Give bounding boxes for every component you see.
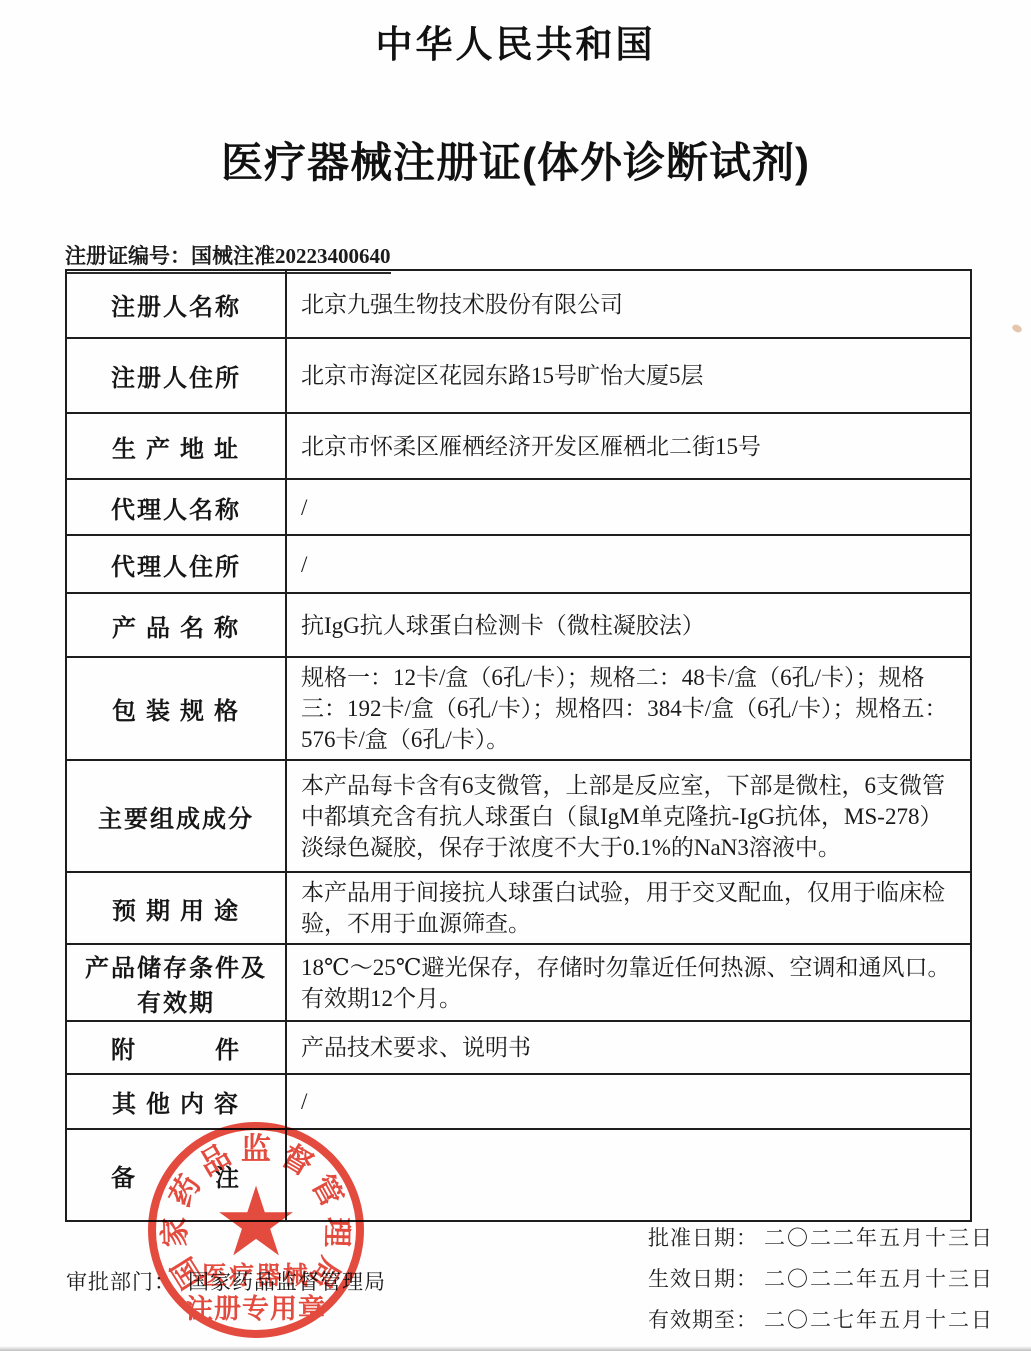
row-label: 代理人住所 bbox=[66, 535, 286, 593]
row-label: 预 期 用 途 bbox=[66, 872, 286, 944]
row-value: / bbox=[286, 479, 971, 535]
row-label: 主要组成成分 bbox=[66, 760, 286, 872]
table-row: 代理人住所/ bbox=[66, 535, 971, 593]
seal-arc-char: 家 bbox=[161, 1217, 192, 1248]
table-row: 产品储存条件及有效期18℃～25℃避光保存，存储时勿靠近任何热源、空调和通风口。… bbox=[66, 944, 971, 1021]
table-row: 主要组成成分本产品每卡含有6支微管，上部是反应室，下部是微柱，6支微管中都填充含… bbox=[66, 760, 971, 872]
registration-number-value: 国械注准20223400640 bbox=[191, 244, 391, 268]
row-label: 其 他 内 容 bbox=[66, 1074, 286, 1129]
row-label: 注册人住所 bbox=[66, 338, 286, 413]
table-row: 注册人名称北京九强生物技术股份有限公司 bbox=[66, 270, 971, 338]
row-value: 本产品每卡含有6支微管，上部是反应室，下部是微柱，6支微管中都填充含有抗人球蛋白… bbox=[286, 760, 971, 872]
table-row: 代理人名称/ bbox=[66, 479, 971, 535]
seal-arc-char: 理 bbox=[321, 1217, 352, 1248]
row-value: 北京市怀柔区雁栖经济开发区雁栖北二街15号 bbox=[286, 413, 971, 479]
row-value: 北京市海淀区花园东路15号旷怡大厦5层 bbox=[286, 338, 971, 413]
scan-artifact-dot bbox=[1011, 323, 1023, 334]
country-title: 中华人民共和国 bbox=[0, 14, 1031, 68]
registration-number-label: 注册证编号： bbox=[65, 244, 191, 268]
effective-date-value: 二〇二二年五月十三日 bbox=[764, 1267, 994, 1291]
row-value bbox=[286, 1129, 971, 1221]
table-row: 生 产 地 址北京市怀柔区雁栖经济开发区雁栖北二街15号 bbox=[66, 413, 971, 479]
row-value: 抗IgG抗人球蛋白检测卡（微柱凝胶法） bbox=[286, 593, 971, 657]
row-label: 生 产 地 址 bbox=[66, 413, 286, 479]
table-row: 附 件产品技术要求、说明书 bbox=[66, 1021, 971, 1074]
row-value: 规格一：12卡/盒（6孔/卡）；规格二：48卡/盒（6孔/卡）；规格三：192卡… bbox=[286, 657, 971, 760]
row-value: 产品技术要求、说明书 bbox=[286, 1021, 971, 1074]
dates-block: 批准日期：二〇二二年五月十三日 生效日期：二〇二二年五月十三日 有效期至：二〇二… bbox=[648, 1222, 994, 1345]
row-value: / bbox=[286, 1074, 971, 1129]
row-value: 北京九强生物技术股份有限公司 bbox=[286, 270, 971, 338]
approval-date-value: 二〇二二年五月十三日 bbox=[764, 1226, 994, 1250]
row-label: 注册人名称 bbox=[66, 270, 286, 338]
expiry-date-value: 二〇二七年五月十二日 bbox=[764, 1308, 994, 1332]
row-label: 代理人名称 bbox=[66, 479, 286, 535]
table-row: 包 装 规 格规格一：12卡/盒（6孔/卡）；规格二：48卡/盒（6孔/卡）；规… bbox=[66, 657, 971, 760]
certificate-title: 医疗器械注册证(体外诊断试剂) bbox=[0, 130, 1031, 190]
row-label: 产品储存条件及有效期 bbox=[66, 944, 286, 1021]
row-value: 本产品用于间接抗人球蛋白试验，用于交叉配血，仅用于临床检验，不用于血源筛查。 bbox=[286, 872, 971, 944]
effective-date-label: 生效日期： bbox=[648, 1267, 758, 1291]
row-value: / bbox=[286, 535, 971, 593]
official-seal: 国 家 药 品 监 督 管 理 局 ★ 医疗器械 注册专用章 bbox=[148, 1122, 364, 1338]
row-label: 产 品 名 称 bbox=[66, 593, 286, 657]
seal-text-line2: 注册专用章 bbox=[148, 1287, 364, 1326]
effective-date-line: 生效日期：二〇二二年五月十三日 bbox=[648, 1263, 994, 1304]
expiry-date-label: 有效期至： bbox=[648, 1308, 758, 1332]
table-row: 产 品 名 称抗IgG抗人球蛋白检测卡（微柱凝胶法） bbox=[66, 593, 971, 657]
certificate-table: 注册人名称北京九强生物技术股份有限公司 注册人住所北京市海淀区花园东路15号旷怡… bbox=[65, 269, 972, 1222]
approval-date-label: 批准日期： bbox=[648, 1226, 758, 1250]
approval-date-line: 批准日期：二〇二二年五月十三日 bbox=[648, 1222, 994, 1263]
row-value: 18℃～25℃避光保存，存储时勿靠近任何热源、空调和通风口。有效期12个月。 bbox=[286, 944, 971, 1021]
scan-bottom-edge bbox=[0, 1346, 1031, 1351]
table-row: 预 期 用 途本产品用于间接抗人球蛋白试验，用于交叉配血，仅用于临床检验，不用于… bbox=[66, 872, 971, 944]
table-row: 注册人住所北京市海淀区花园东路15号旷怡大厦5层 bbox=[66, 338, 971, 413]
table-row: 其 他 内 容/ bbox=[66, 1074, 971, 1129]
row-label: 包 装 规 格 bbox=[66, 657, 286, 760]
seal-arc-char: 监 bbox=[241, 1135, 271, 1165]
row-label: 附 件 bbox=[66, 1021, 286, 1074]
expiry-date-line: 有效期至：二〇二七年五月十二日 bbox=[648, 1304, 994, 1345]
